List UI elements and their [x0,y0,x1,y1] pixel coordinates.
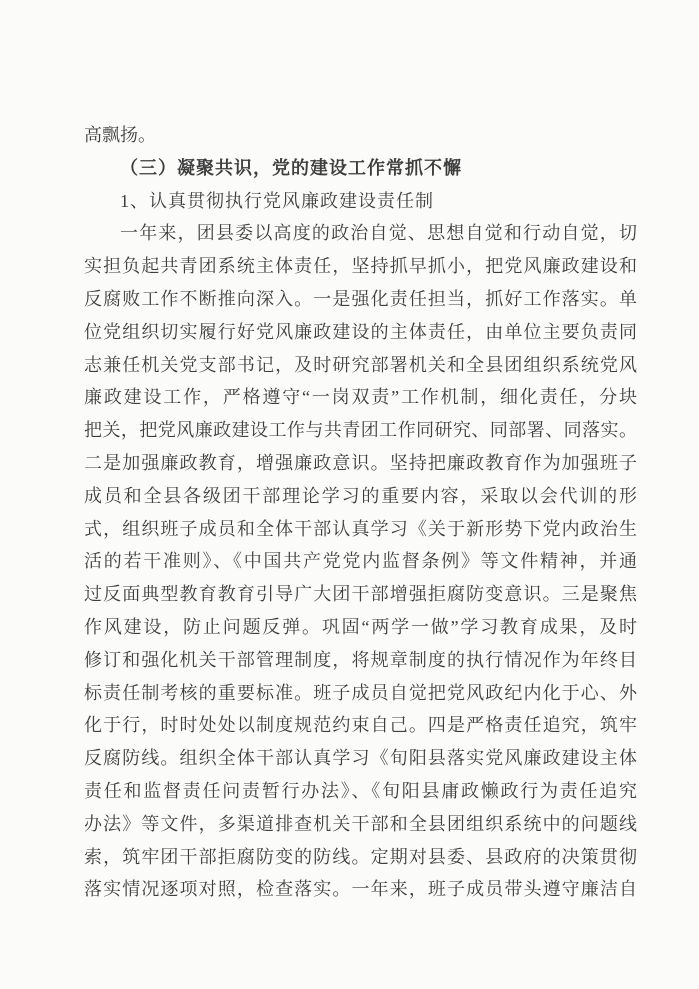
paragraph-line: 反腐防线。组织全体干部认真学习《旬阳县落实党风廉政建设主体 [84,742,637,775]
paragraph-line: 修订和强化机关干部管理制度，将规章制度的执行情况作为年终目 [84,644,637,677]
paragraph-line: 过反面典型教育教育引导广大团干部增强拒腐防变意识。三是聚焦 [84,578,637,611]
paragraph-continuation-line: 高飘扬。 [84,119,637,152]
paragraph-line: 索，筑牢团干部拒腐防变的防线。定期对县委、县政府的决策贯彻 [84,841,637,874]
paragraph-line: 责任和监督责任问责暂行办法》、《旬阳县庸政懒政行为责任追究 [84,775,637,808]
paragraph-line: 化于行，时时处处以制度规范约束自己。四是严格责任追究，筑牢 [84,709,637,742]
paragraph-line: 标责任制考核的重要标准。班子成员自觉把党风政纪内化于心、外 [84,677,637,710]
numbered-subheading: 1、认真贯彻执行党风廉政建设责任制 [84,185,637,218]
section-heading: （三）凝聚共识，党的建设工作常抓不懈 [84,152,637,185]
paragraph-line: 式，组织班子成员和全体干部认真学习《关于新形势下党内政治生 [84,513,637,546]
paragraph-line: 廉政建设工作，严格遵守“一岗双责”工作机制，细化责任，分块 [84,381,637,414]
paragraph-line: 成员和全县各级团干部理论学习的重要内容，采取以会代训的形 [84,480,637,513]
body-paragraph: 一年来，团县委以高度的政治自觉、思想自觉和行动自觉，切 实担负起共青团系统主体责… [84,217,637,906]
paragraph-line: 位党组织切实履行好党风廉政建设的主体责任，由单位主要负责同 [84,316,637,349]
paragraph-line: 二是加强廉政教育，增强廉政意识。坚持把廉政教育作为加强班子 [84,447,637,480]
paragraph-line: 作风建设，防止问题反弹。巩固“两学一做”学习教育成果，及时 [84,611,637,644]
paragraph-line: 志兼任机关党支部书记，及时研究部署机关和全县团组织系统党风 [84,349,637,382]
paragraph-line: 活的若干准则》、《中国共产党党内监督条例》等文件精神，并通 [84,545,637,578]
document-page: 高飘扬。 （三）凝聚共识，党的建设工作常抓不懈 1、认真贯彻执行党风廉政建设责任… [0,0,699,989]
paragraph-line: 办法》等文件，多渠道排查机关干部和全县团组织系统中的问题线 [84,808,637,841]
paragraph-line: 反腐败工作不断推向深入。一是强化责任担当，抓好工作落实。单 [84,283,637,316]
paragraph-line: 把关，把党风廉政建设工作与共青团工作同研究、同部署、同落实。 [84,414,637,447]
paragraph-line: 实担负起共青团系统主体责任，坚持抓早抓小，把党风廉政建设和 [84,250,637,283]
paragraph-line: 一年来，团县委以高度的政治自觉、思想自觉和行动自觉，切 [84,217,637,250]
paragraph-line: 落实情况逐项对照，检查落实。一年来，班子成员带头遵守廉洁自 [84,873,637,906]
